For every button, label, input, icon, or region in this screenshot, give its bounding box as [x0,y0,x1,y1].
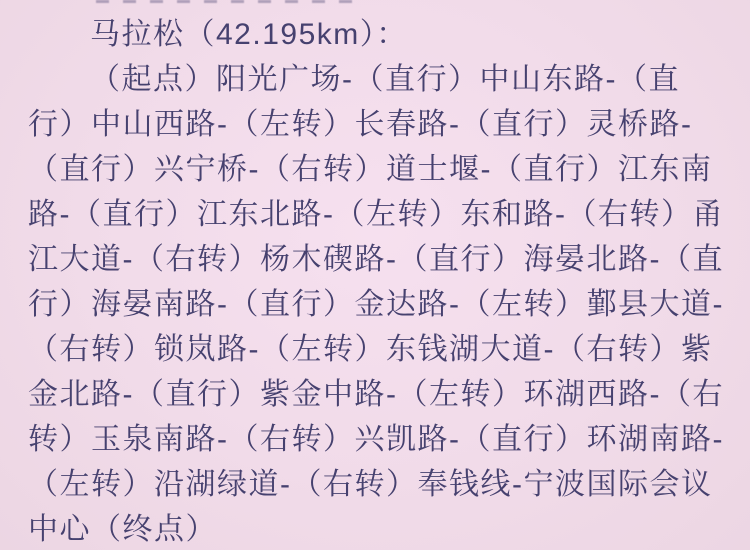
route-text-line: （右转）锁岚路-（左转）东钱湖大道-（右转）紫 [28,327,744,372]
route-text-line: 行）海晏南路-（直行）金达路-（左转）鄞县大道- [28,282,744,327]
cropped-text-remnant-top [96,0,366,3]
route-text-line: 行）中山西路-（左转）长春路-（直行）灵桥路- [28,102,744,147]
route-text-line: 中心（终点） [28,507,744,550]
route-text-line: （起点）阳光广场-（直行）中山东路-（直 [28,57,744,102]
route-text-line: （直行）兴宁桥-（右转）道士堰-（直行）江东南 [28,147,744,192]
route-text-line: 金北路-（直行）紫金中路-（左转）环湖西路-（右 [28,372,744,417]
route-text-line: （左转）沿湖绿道-（右转）奉钱线-宁波国际会议 [28,462,744,507]
route-text-line: 转）玉泉南路-（右转）兴凯路-（直行）环湖南路- [28,417,744,462]
route-document: 马拉松（42.195km）： （起点）阳光广场-（直行）中山东路-（直 行）中山… [0,0,750,550]
document-title: 马拉松（42.195km）： [28,12,744,57]
route-text-line: 路-（直行）江东北路-（左转）东和路-（右转）甬 [28,192,744,237]
route-text-line: 江大道-（右转）杨木碶路-（直行）海晏北路-（直 [28,237,744,282]
